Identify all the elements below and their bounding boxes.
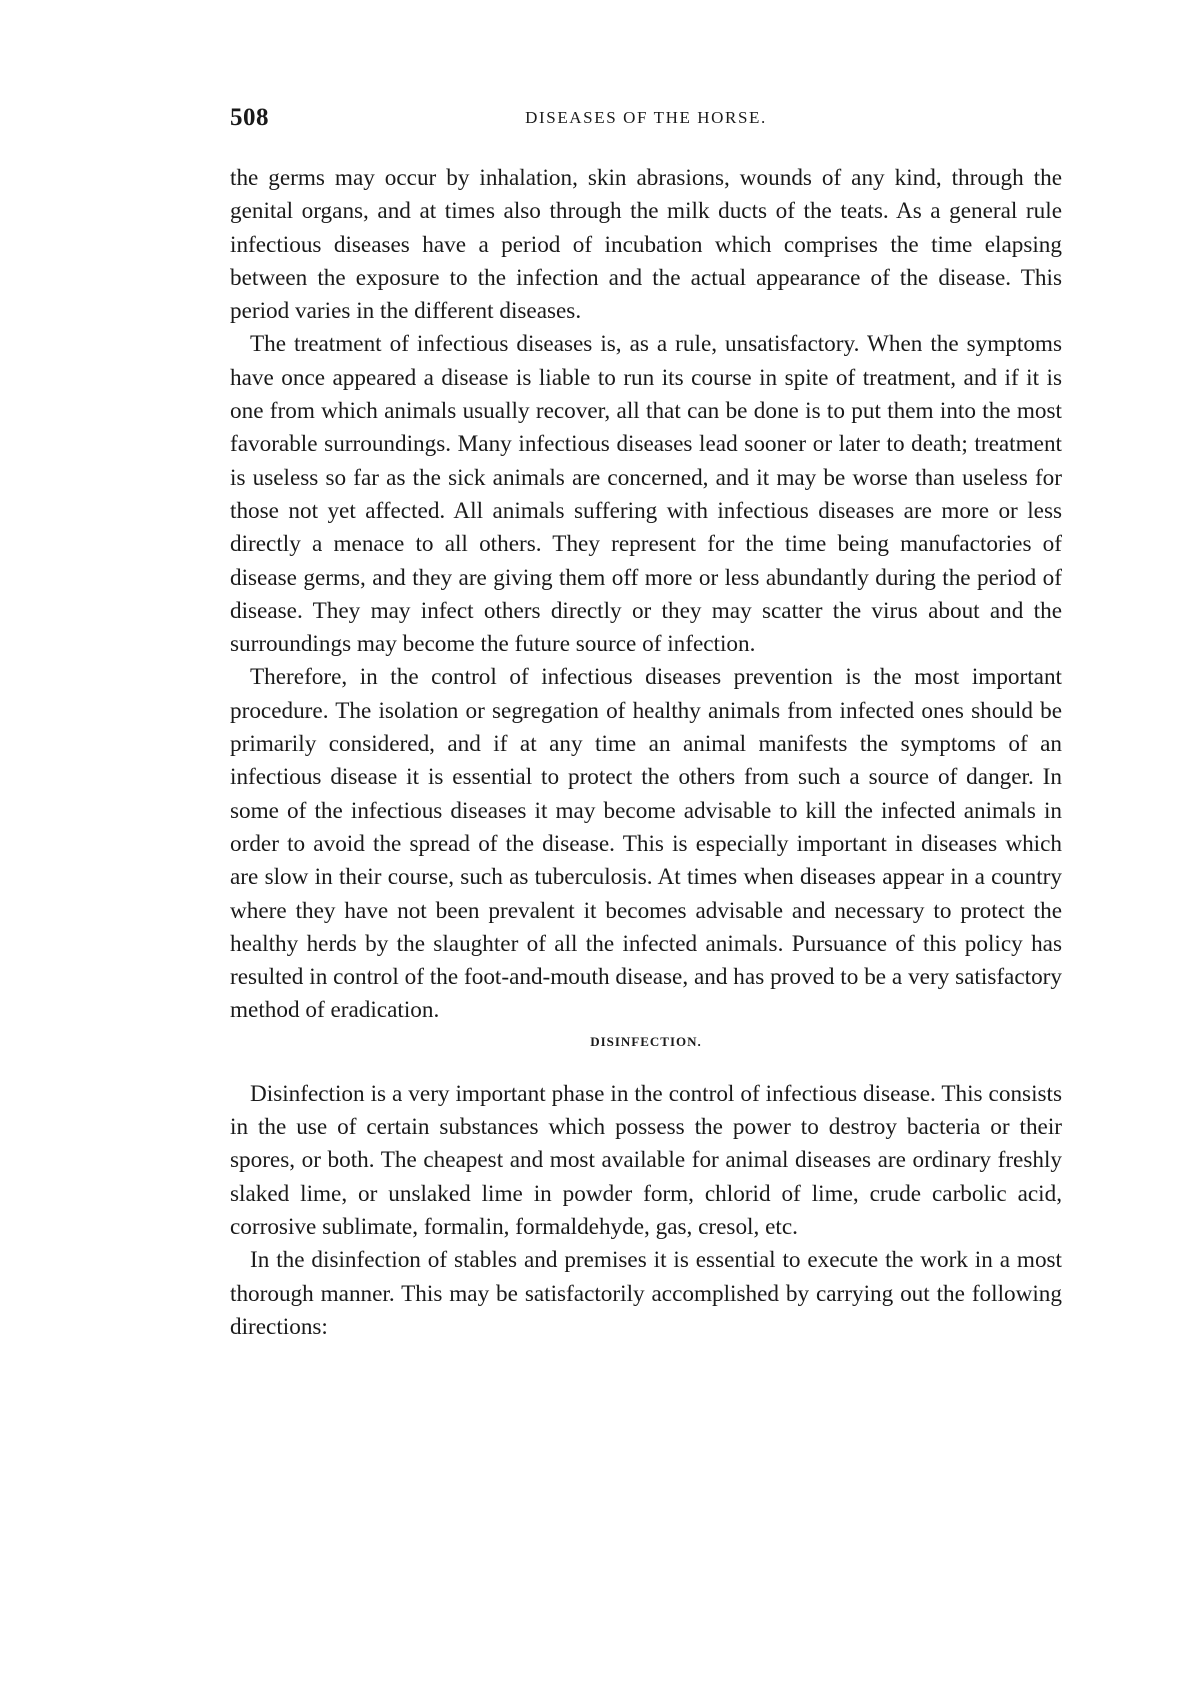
paragraph-prevention: Therefore, in the control of infectious … bbox=[230, 661, 1062, 1027]
page-body: the germs may occur by inhalation, skin … bbox=[230, 162, 1062, 1344]
paragraph-treatment: The treatment of infectious diseases is,… bbox=[230, 328, 1062, 661]
running-head: DISEASES OF THE HORSE. bbox=[230, 108, 1062, 128]
paragraph-continuation: the germs may occur by inhalation, skin … bbox=[230, 162, 1062, 328]
paragraph-disinfection: Disinfection is a very important phase i… bbox=[230, 1078, 1062, 1244]
book-page: 508 DISEASES OF THE HORSE. the germs may… bbox=[0, 0, 1200, 1692]
page-header: 508 DISEASES OF THE HORSE. bbox=[230, 104, 1062, 138]
section-heading-disinfection: DISINFECTION. bbox=[230, 1034, 1062, 1050]
paragraph-directions: In the disinfection of stables and premi… bbox=[230, 1244, 1062, 1344]
